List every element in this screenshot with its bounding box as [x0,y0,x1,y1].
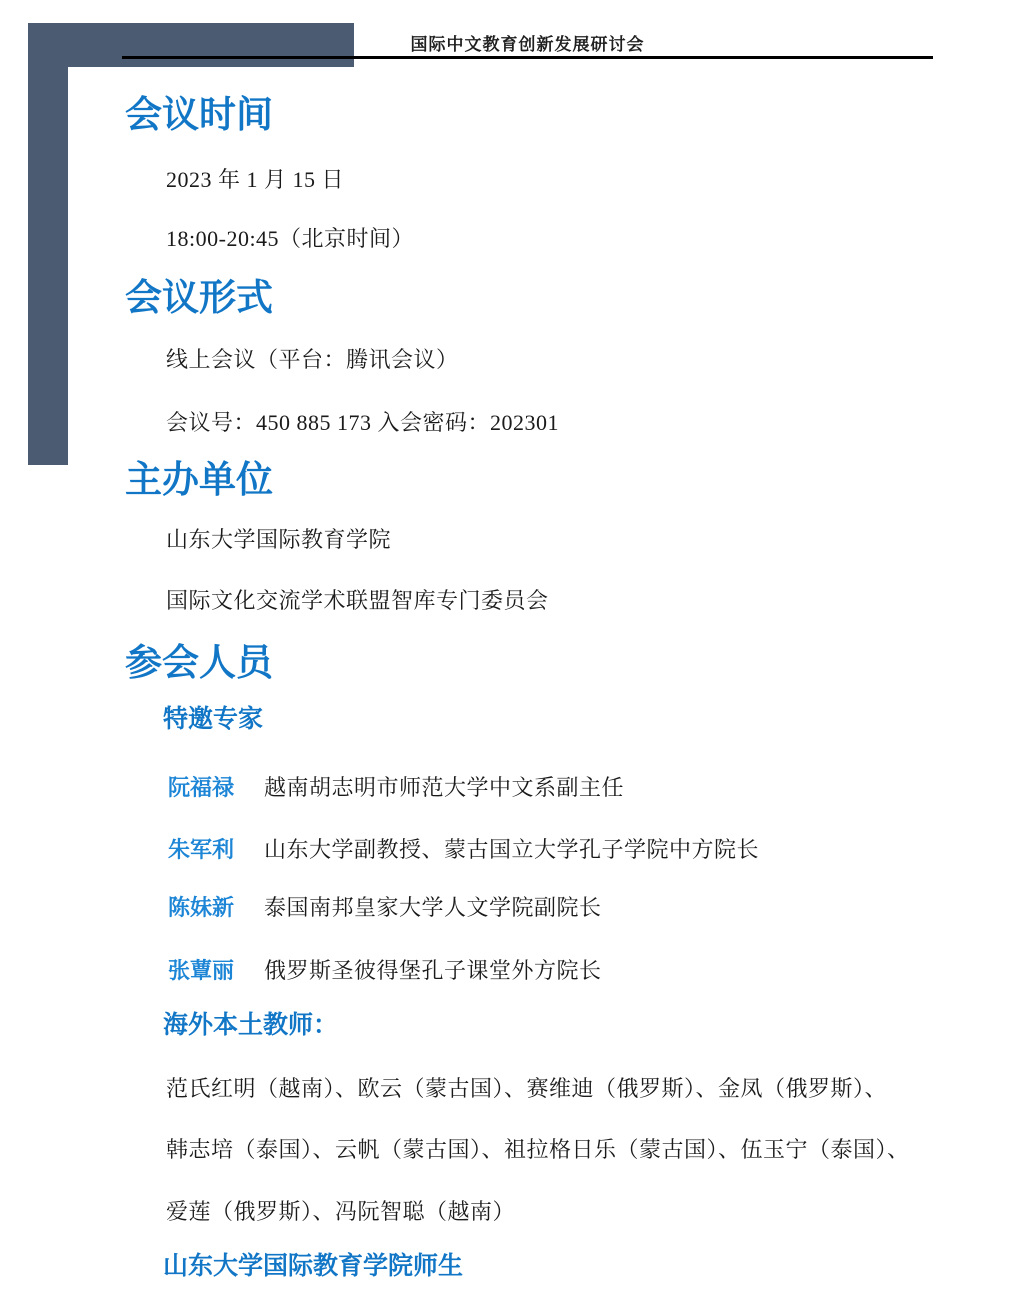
expert-row: 张蕈丽 俄罗斯圣彼得堡孔子课堂外方院长 [168,954,602,985]
host-line-1: 山东大学国际教育学院 [166,527,391,553]
expert-name: 张蕈丽 [168,954,234,985]
expert-description: 俄罗斯圣彼得堡孔子课堂外方院长 [264,954,602,985]
expert-name: 朱军利 [168,833,234,864]
meeting-id-password-text: 会议号：450 885 173 入会密码：202301 [166,410,559,436]
section-title-participants: 参会人员 [125,644,273,683]
section-title-meeting-format: 会议形式 [125,279,273,318]
expert-row: 阮福禄 越南胡志明市师范大学中文系副主任 [168,771,624,802]
expert-description: 泰国南邦皇家大学人文学院副院长 [264,891,602,922]
meeting-date-text: 2023 年 1 月 15 日 [166,167,344,193]
subsection-invited-experts: 特邀专家 [163,706,263,734]
host-line-2: 国际文化交流学术联盟智库专门委员会 [166,588,549,614]
expert-name: 阮福禄 [168,771,234,802]
expert-row: 朱军利 山东大学副教授、蒙古国立大学孔子学院中方院长 [168,833,759,864]
expert-description: 越南胡志明市师范大学中文系副主任 [264,771,624,802]
meeting-platform-text: 线上会议（平台：腾讯会议） [166,347,459,373]
subsection-overseas-teachers: 海外本土教师： [163,1012,338,1040]
expert-description: 山东大学副教授、蒙古国立大学孔子学院中方院长 [264,833,759,864]
teachers-line-2: 韩志培（泰国）、云帆（蒙古国）、祖拉格日乐（蒙古国）、伍玉宁（泰国）、 [166,1137,910,1163]
page-header-title: 国际中文教育创新发展研讨会 [122,30,933,55]
section-title-meeting-time: 会议时间 [125,96,273,135]
meeting-hours-text: 18:00-20:45（北京时间） [166,226,414,252]
expert-row: 陈妹新 泰国南邦皇家大学人文学院副院长 [168,891,602,922]
section-title-host: 主办单位 [125,461,273,500]
subsection-sdu-students: 山东大学国际教育学院师生 [163,1253,463,1281]
teachers-line-3: 爱莲（俄罗斯）、冯阮智聪（越南） [166,1199,515,1225]
teachers-line-1: 范氏红明（越南）、欧云（蒙古国）、赛维迪（俄罗斯）、金凤（俄罗斯）、 [166,1076,887,1102]
corner-accent-vertical-bar [28,23,68,465]
document-page: 国际中文教育创新发展研讨会 会议时间 2023 年 1 月 15 日 18:00… [0,0,1014,1311]
expert-name: 陈妹新 [168,891,234,922]
header-rule [122,56,933,59]
